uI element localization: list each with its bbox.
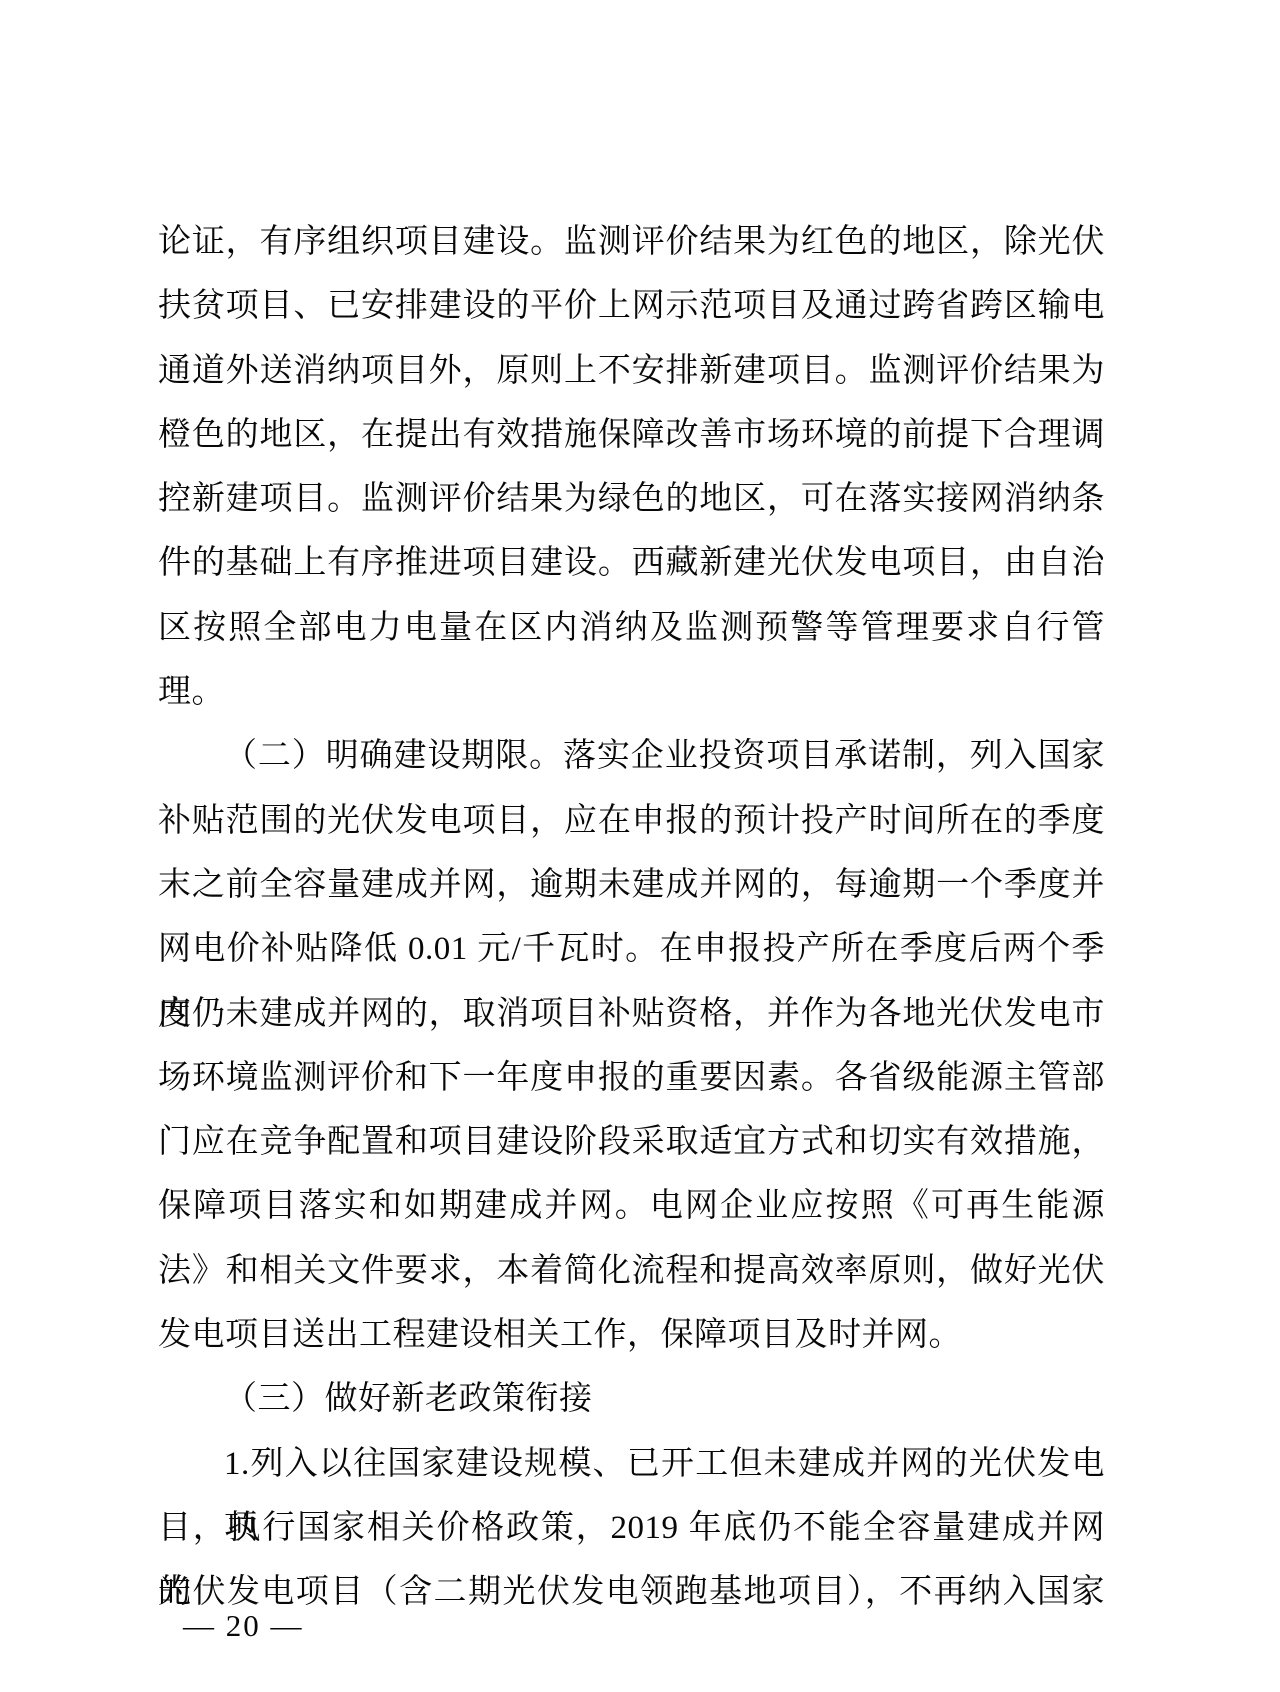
text-line-16: 保障项目落实和如期建成并网。电网企业应按照《可再生能源 <box>158 1174 1105 1238</box>
text-line-04: 橙色的地区，在提出有效措施保障改善市场环境的前提下合理调 <box>158 403 1105 467</box>
text-line-20-item-1: 1.列入以往国家建设规模、已开工但未建成并网的光伏发电项 <box>158 1432 1105 1496</box>
text-line-09-section-2-heading: （二）明确建设期限。落实企业投资项目承诺制，列入国家 <box>158 724 1105 788</box>
text-line-15: 门应在竞争配置和项目建设阶段采取适宜方式和切实有效措施， <box>158 1110 1105 1174</box>
document-body: 论证，有序组织项目建设。监测评价结果为红色的地区，除光伏 扶贫项目、已安排建设的… <box>158 210 1105 1625</box>
text-line-05: 控新建项目。监测评价结果为绿色的地区，可在落实接网消纳条 <box>158 467 1105 531</box>
text-line-17: 法》和相关文件要求，本着简化流程和提高效率原则，做好光伏 <box>158 1239 1105 1303</box>
text-line-18: 发电项目送出工程建设相关工作，保障项目及时并网。 <box>158 1303 1105 1367</box>
page-number: — 20 — <box>183 1608 304 1643</box>
text-line-03: 通道外送消纳项目外，原则上不安排新建项目。监测评价结果为 <box>158 339 1105 403</box>
text-line-02: 扶贫项目、已安排建设的平价上网示范项目及通过跨省跨区输电 <box>158 274 1105 338</box>
text-line-21: 目，执行国家相关价格政策，2019 年底仍不能全容量建成并网的 <box>158 1496 1105 1560</box>
text-line-10: 补贴范围的光伏发电项目，应在申报的预计投产时间所在的季度 <box>158 789 1105 853</box>
text-line-12: 网电价补贴降低 0.01 元/千瓦时。在申报投产所在季度后两个季度 <box>158 917 1105 981</box>
text-line-01: 论证，有序组织项目建设。监测评价结果为红色的地区，除光伏 <box>158 210 1105 274</box>
text-line-07: 区按照全部电力电量在区内消纳及监测预警等管理要求自行管 <box>158 596 1105 660</box>
text-line-19-section-3-heading: （三）做好新老政策衔接 <box>158 1367 1105 1431</box>
text-line-14: 场环境监测评价和下一年度申报的重要因素。各省级能源主管部 <box>158 1046 1105 1110</box>
document-page: 论证，有序组织项目建设。监测评价结果为红色的地区，除光伏 扶贫项目、已安排建设的… <box>0 0 1280 1692</box>
text-line-06: 件的基础上有序推进项目建设。西藏新建光伏发电项目，由自治 <box>158 531 1105 595</box>
text-line-11: 末之前全容量建成并网，逾期未建成并网的，每逾期一个季度并 <box>158 853 1105 917</box>
text-line-13: 内仍未建成并网的，取消项目补贴资格，并作为各地光伏发电市 <box>158 982 1105 1046</box>
text-line-08: 理。 <box>158 660 1105 724</box>
page-footer: — 20 — <box>183 1604 304 1648</box>
